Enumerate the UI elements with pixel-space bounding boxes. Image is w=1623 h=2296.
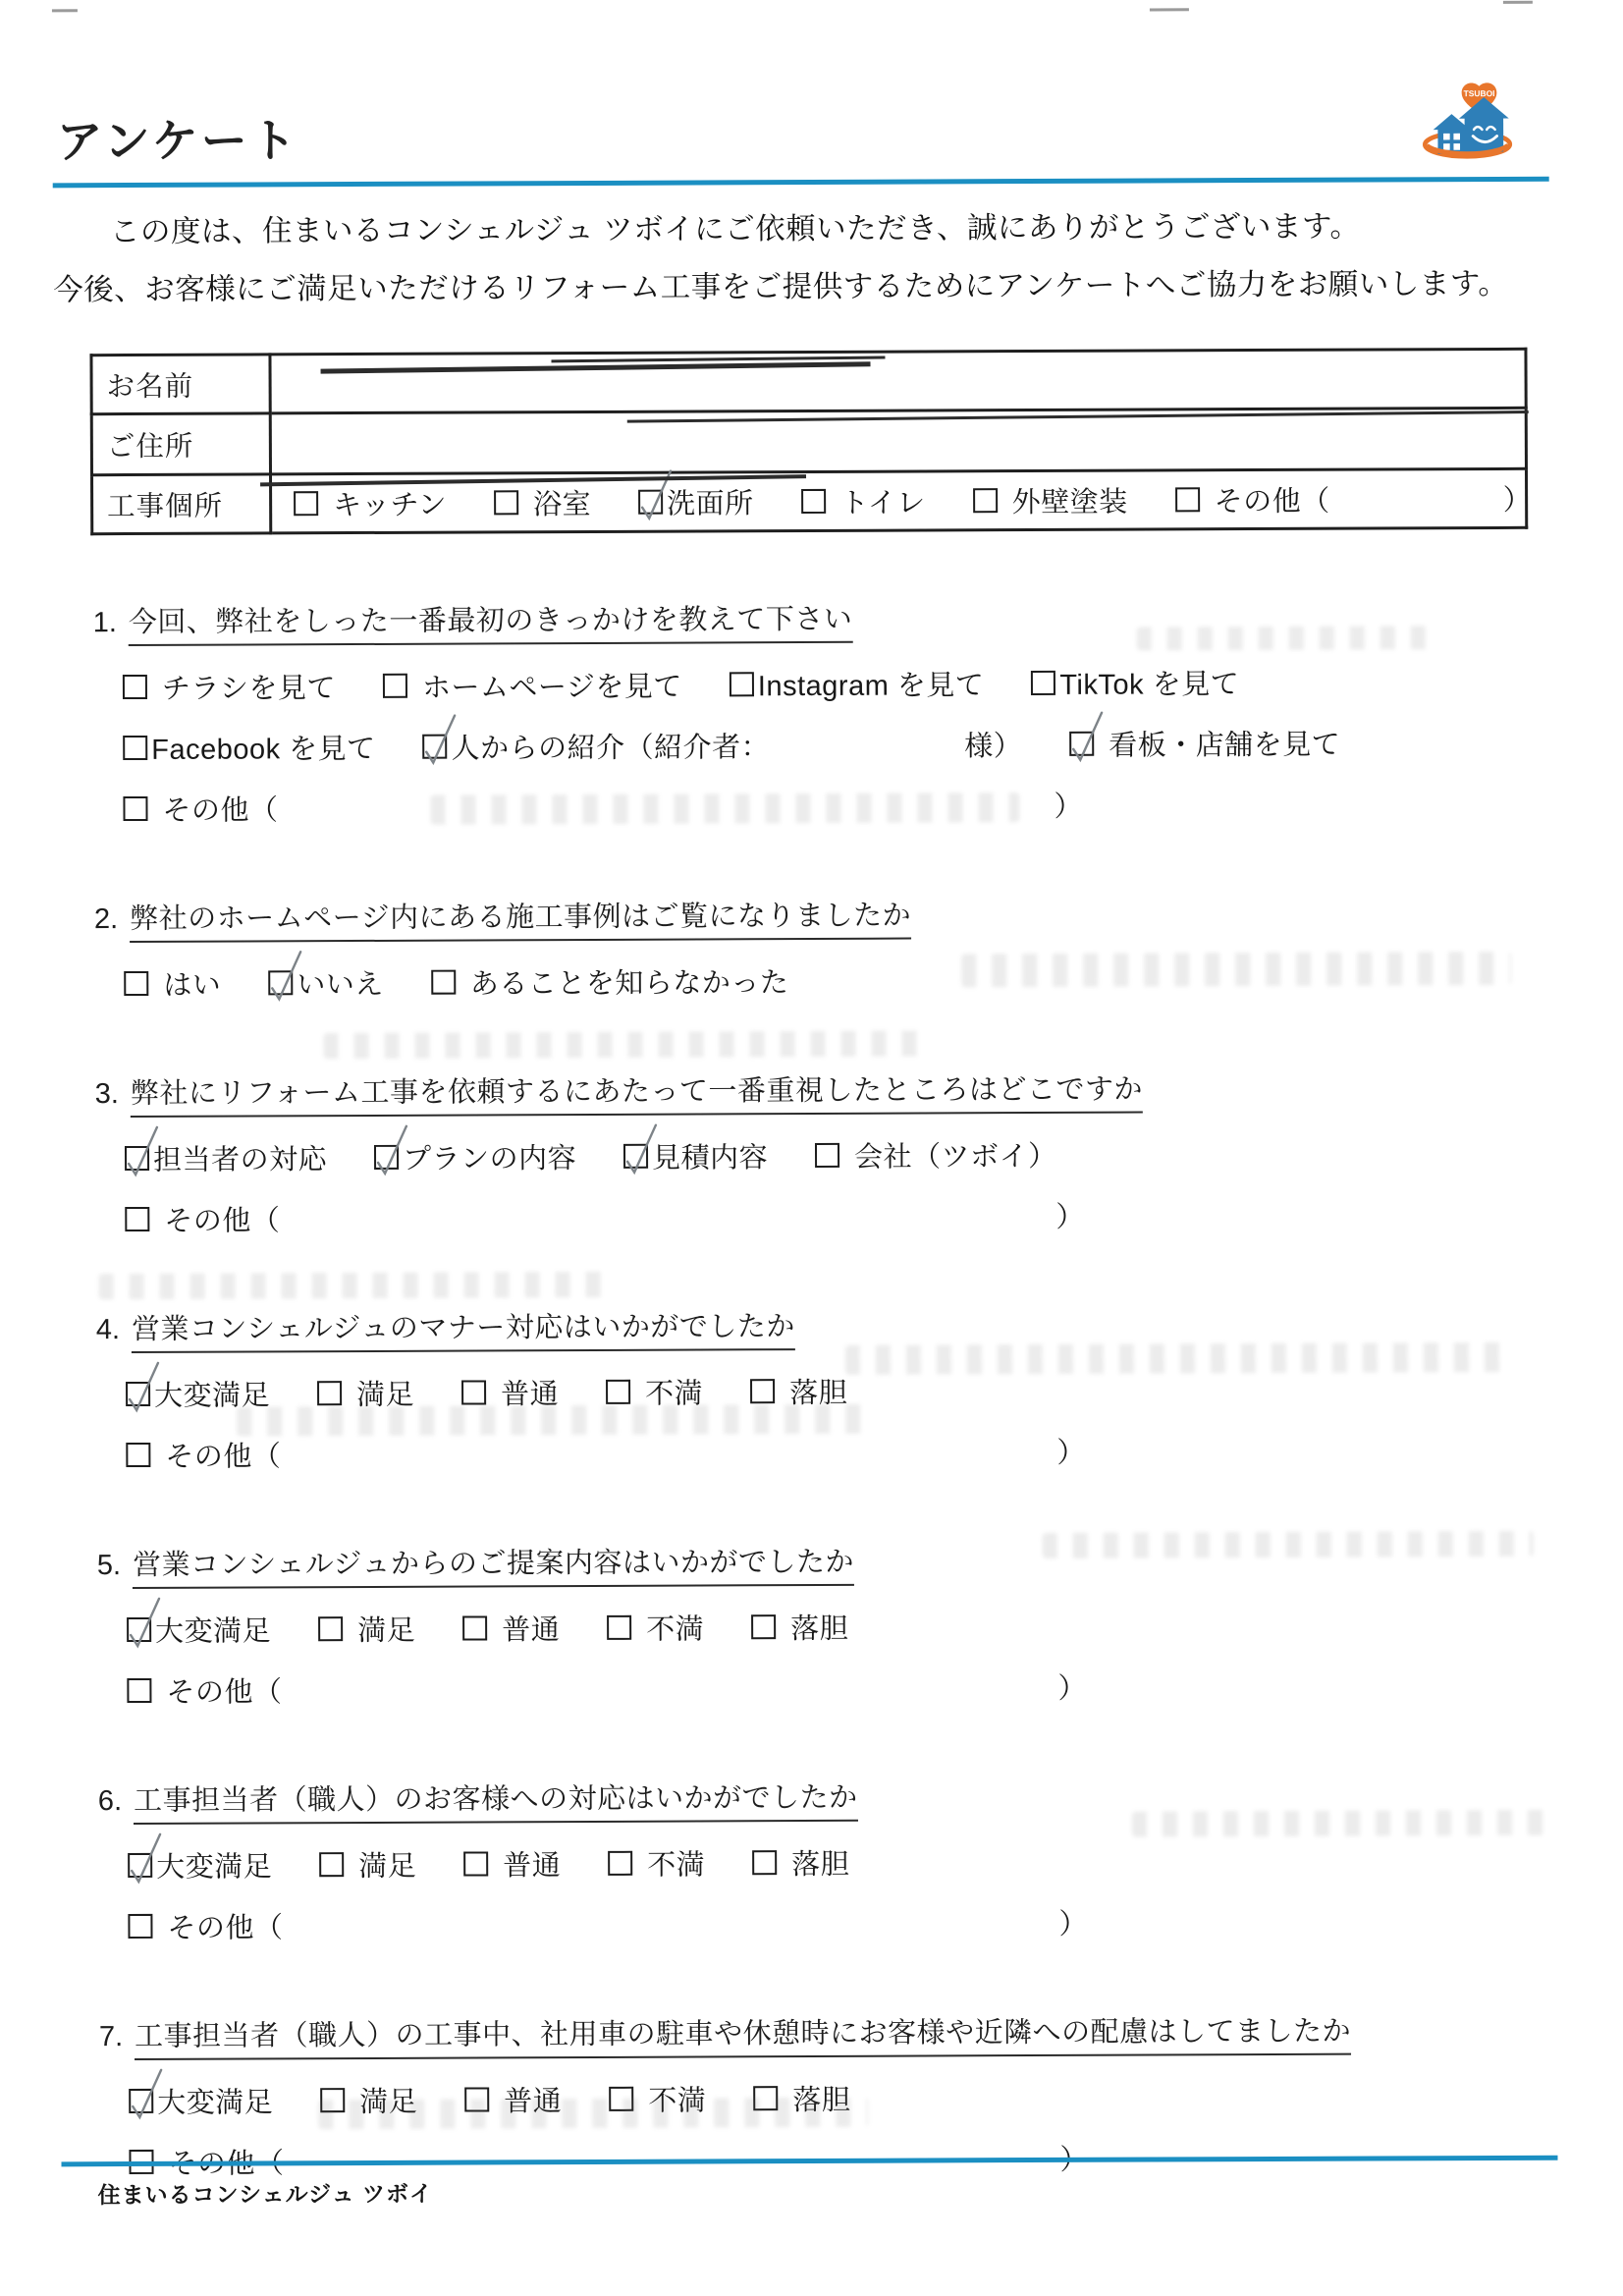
footer-company-name: 住まいるコンシェルジュ ツボイ	[98, 2176, 433, 2210]
checkbox[interactable]	[123, 736, 147, 760]
option-label: 看板・店舗を見て	[1109, 723, 1340, 764]
checkbox-checked[interactable]	[126, 1382, 150, 1406]
checkbox[interactable]	[128, 1914, 152, 1939]
option-普通: 普通	[463, 1843, 561, 1884]
option-洗面所: 洗面所	[638, 481, 754, 522]
checkbox[interactable]	[127, 1678, 151, 1703]
blank-fill-close-paren: 様）	[964, 724, 1022, 764]
option-その他: その他（	[1175, 479, 1330, 520]
option-row: 大変満足満足普通不満落胆	[127, 1603, 1623, 1650]
intro-line-2: 今後、お客様にご満足いただけるリフォーム工事をご提供するためにアンケートへご協力…	[53, 259, 1590, 309]
question-title: 弊社のホームページ内にある施工事例はご覧になりましたか	[130, 894, 911, 943]
scan-speck	[1503, 1, 1533, 4]
option-label: その他（	[165, 1434, 281, 1475]
checkbox[interactable]	[126, 1443, 150, 1467]
checkbox-checked[interactable]	[423, 735, 448, 759]
name-label: お名前	[91, 355, 270, 414]
checkbox[interactable]	[463, 1851, 488, 1876]
bleed-through-artifact	[318, 2098, 868, 2129]
intro-line-1: この度は、住まいるコンシェルジュ ツボイにご依頼いただき、誠にありがとうございま…	[110, 201, 1560, 250]
question-title: 弊社にリフォーム工事を依頼するにあたって一番重視したところはどこですか	[131, 1067, 1143, 1118]
checkbox[interactable]	[123, 675, 147, 699]
checkbox-checked[interactable]	[638, 490, 663, 515]
checkbox[interactable]	[752, 1850, 777, 1875]
option-Instagram を見て: Instagram を見て	[730, 663, 985, 704]
checkbox-checked[interactable]	[268, 970, 293, 995]
checkbox[interactable]	[606, 1380, 630, 1404]
option-いいえ: いいえ	[268, 962, 384, 1004]
option-あることを知らなかった: あることを知らなかった	[431, 960, 789, 1003]
scanned-survey-page: TSUBOI アンケート この度は、住まいるコンシェルジュ ツボイにご依頼いただ…	[0, 0, 1623, 2296]
page-title: アンケート	[56, 98, 1618, 171]
handwritten-check-icon	[1065, 706, 1109, 767]
question-number: 1.	[93, 607, 117, 639]
option-不満: 不満	[607, 1607, 704, 1647]
question-6: 6.工事担当者（職人）のお客様への対応はいかがでしたか大変満足満足普通不満落胆そ…	[98, 1772, 1623, 1946]
tsuboi-logo: TSUBOI	[1421, 76, 1513, 166]
checkbox[interactable]	[730, 672, 754, 696]
checkbox-checked[interactable]	[1069, 732, 1094, 756]
bleed-through-artifact	[237, 1404, 865, 1437]
checkbox[interactable]	[123, 796, 147, 821]
checkbox[interactable]	[1031, 671, 1055, 695]
question-number: 5.	[97, 1550, 121, 1582]
title-underline	[53, 177, 1549, 189]
name-value-cell[interactable]	[270, 349, 1526, 413]
scan-speck	[1150, 8, 1189, 11]
option-大変満足: 大変満足	[127, 1609, 271, 1650]
address-label: ご住所	[91, 413, 270, 475]
question-title: 今回、弊社をしった一番最初のきっかけを教えて下さい	[129, 597, 853, 646]
question-4: 4.営業コンシェルジュのマナー対応はいかがでしたか大変満足満足普通不満落胆その他…	[96, 1300, 1623, 1475]
question-3: 3.弊社にリフォーム工事を依頼するにあたって一番重視したところはどこですか担当者…	[95, 1065, 1623, 1239]
option-label: その他（	[162, 788, 278, 829]
checkbox[interactable]	[607, 1615, 631, 1640]
option-落胆: 落胆	[751, 1607, 848, 1647]
customer-info-table: お名前 ご住所 工事個所 キッチン浴室洗面所トイレ外壁塗装その他（）	[89, 348, 1528, 535]
checkbox-checked[interactable]	[129, 2089, 153, 2113]
checkbox[interactable]	[462, 1615, 487, 1640]
question-title: 工事担当者（職人）のお客様への対応はいかがでしたか	[134, 1776, 858, 1825]
question-title: 営業コンシェルジュのマナー対応はいかがでしたか	[132, 1304, 795, 1353]
option-label: プランの内容	[403, 1136, 576, 1177]
bleed-through-artifact	[845, 1342, 1513, 1375]
question-heading: 2.弊社のホームページ内にある施工事例はご覧になりましたか	[94, 890, 1622, 943]
option-その他: その他（	[128, 1905, 283, 1946]
question-number: 3.	[95, 1078, 119, 1111]
option-row: その他（）	[127, 1664, 1623, 1711]
option-label: 大変満足	[157, 2080, 273, 2121]
blank-fill-close-paren: ）	[1058, 1902, 1088, 1942]
option-label: 大変満足	[155, 1609, 271, 1650]
option-Facebook を見て: Facebook を見て	[123, 727, 376, 768]
option-その他: その他（	[125, 1198, 280, 1239]
bleed-through-artifact	[1132, 1810, 1544, 1837]
option-label: 不満	[647, 1842, 705, 1883]
question-title: 工事担当者（職人）の工事中、社用車の駐車や休憩時にお客様や近隣への配慮はしてまし…	[135, 2009, 1351, 2060]
option-label: その他（	[1215, 479, 1330, 520]
option-label: その他（	[166, 1669, 282, 1711]
questions-list: 1.今回、弊社をしった一番最初のきっかけを教えて下さいチラシを見てホームページを…	[93, 593, 1623, 2182]
blank-fill-close-paren: ）	[1055, 1195, 1085, 1235]
option-label: 落胆	[791, 1842, 849, 1883]
option-チラシを見て: チラシを見て	[123, 666, 336, 707]
checkbox[interactable]	[1175, 487, 1200, 512]
option-row: チラシを見てホームページを見てInstagram を見てTikTok を見て	[123, 660, 1621, 707]
option-label: チラシを見て	[162, 666, 336, 707]
option-label: トイレ	[840, 480, 926, 520]
option-label: 見積内容	[652, 1135, 768, 1176]
option-label: その他（	[164, 1198, 280, 1239]
option-その他: その他（	[127, 1669, 282, 1711]
option-人からの紹介紹介者: 人からの紹介（紹介者：	[423, 725, 771, 767]
option-大変満足: 大変満足	[128, 1844, 272, 1886]
question-title: 営業コンシェルジュからのご提案内容はいかがでしたか	[133, 1540, 854, 1589]
option-満足: 満足	[318, 1609, 415, 1649]
checkbox[interactable]	[317, 1381, 342, 1405]
blank-fill-close-paren: ）	[1056, 1431, 1086, 1471]
option-label: その他（	[167, 1905, 283, 1946]
option-落胆: 落胆	[752, 1842, 849, 1883]
option-担当者の対応: 担当者の対応	[125, 1137, 327, 1178]
work-location-label: 工事個所	[92, 474, 271, 534]
option-大変満足: 大変満足	[129, 2080, 273, 2121]
option-その他: その他（	[126, 1434, 281, 1475]
checkbox[interactable]	[973, 488, 998, 513]
question-number: 2.	[94, 903, 118, 936]
checkbox[interactable]	[608, 1851, 632, 1876]
question-number: 4.	[96, 1314, 120, 1346]
big-house-body	[1465, 118, 1504, 152]
option-label: 浴室	[533, 482, 591, 522]
checkbox-checked[interactable]	[128, 1853, 152, 1878]
checkbox[interactable]	[431, 970, 456, 995]
checkbox-checked[interactable]	[127, 1617, 151, 1642]
checkbox-checked[interactable]	[374, 1145, 399, 1170]
option-label: 普通	[502, 1608, 560, 1648]
option-row: Facebook を見て人からの紹介（紹介者：様）看板・店舗を見て	[123, 721, 1621, 768]
checkbox[interactable]	[125, 1207, 149, 1231]
checkbox[interactable]	[383, 674, 407, 698]
option-row: 大変満足満足普通不満落胆	[128, 1838, 1623, 1886]
option-label: 会社（ツボイ）	[854, 1134, 1057, 1175]
question-2: 2.弊社のホームページ内にある施工事例はご覧になりましたかはいいいえあることを知…	[94, 890, 1622, 1004]
option-row: その他（）	[128, 1899, 1623, 1946]
option-row: その他（）	[125, 1192, 1623, 1239]
checkbox[interactable]	[751, 1614, 776, 1639]
option-label: 洗面所	[667, 481, 754, 521]
option-見積内容: 見積内容	[623, 1135, 768, 1176]
option-会社ツボイ: 会社（ツボイ）	[815, 1134, 1057, 1175]
checkbox[interactable]	[294, 491, 318, 516]
option-浴室: 浴室	[494, 482, 591, 522]
blank-fill-close-paren: ）	[1057, 1667, 1087, 1707]
checkbox[interactable]	[494, 490, 518, 515]
question-number: 6.	[98, 1785, 122, 1818]
logo-brand-text: TSUBOI	[1464, 88, 1495, 98]
option-label: 不満	[646, 1607, 704, 1647]
option-不満: 不満	[608, 1842, 705, 1883]
option-外壁塗装: 外壁塗装	[973, 480, 1128, 521]
bleed-through-artifact	[323, 1030, 932, 1059]
option-キッチン: キッチン	[294, 483, 447, 524]
option-看板・店舗を見て: 看板・店舗を見て	[1069, 723, 1340, 764]
question-5: 5.営業コンシェルジュからのご提案内容はいかがでしたか大変満足満足普通不満落胆そ…	[97, 1536, 1623, 1711]
bleed-through-artifact	[430, 793, 1019, 825]
checkbox-checked[interactable]	[623, 1144, 648, 1169]
bleed-through-artifact	[1137, 626, 1432, 650]
question-number: 7.	[99, 2021, 123, 2053]
option-label: Instagram を見て	[758, 663, 985, 704]
checkbox[interactable]	[815, 1143, 839, 1168]
option-label: 落胆	[790, 1607, 848, 1647]
checkbox[interactable]	[124, 971, 148, 996]
option-label: あることを知らなかった	[470, 960, 789, 1002]
option-label: 担当者の対応	[153, 1137, 327, 1178]
option-TikTok を見て: TikTok を見て	[1031, 662, 1239, 703]
checkbox[interactable]	[750, 1379, 775, 1403]
option-label: 大変満足	[156, 1844, 272, 1886]
option-満足: 満足	[319, 1844, 416, 1885]
option-普通: 普通	[462, 1608, 560, 1648]
work-location-options: キッチン浴室洗面所トイレ外壁塗装その他（）	[294, 478, 1524, 523]
option-label: いいえ	[297, 962, 384, 1003]
question-heading: 3.弊社にリフォーム工事を依頼するにあたって一番重視したところはどこですか	[95, 1065, 1623, 1118]
checkbox[interactable]	[801, 489, 826, 514]
option-row: 担当者の対応プランの内容見積内容会社（ツボイ）	[125, 1131, 1623, 1178]
option-はい: はい	[124, 963, 221, 1004]
option-label: 満足	[358, 1844, 416, 1885]
blank-fill-close-paren: ）	[1503, 478, 1533, 519]
bleed-through-artifact	[1043, 1531, 1534, 1558]
option-label: TikTok を見て	[1059, 662, 1239, 703]
option-label: はい	[163, 963, 221, 1004]
checkbox[interactable]	[461, 1380, 486, 1404]
blank-fill-close-paren: ）	[1054, 785, 1083, 825]
option-label: 普通	[503, 1843, 561, 1884]
option-その他: その他（	[123, 788, 278, 829]
option-プランの内容: プランの内容	[374, 1136, 576, 1177]
option-label: Facebook を見て	[151, 727, 376, 768]
option-label: ホームページを見て	[422, 665, 682, 706]
option-label: キッチン	[333, 483, 447, 524]
option-トイレ: トイレ	[801, 480, 926, 521]
scan-speck	[52, 9, 78, 12]
bleed-through-artifact	[961, 952, 1511, 987]
checkbox[interactable]	[319, 1852, 344, 1877]
option-ホームページを見て: ホームページを見て	[383, 665, 682, 706]
bleed-through-artifact	[99, 1272, 610, 1299]
option-label: 外壁塗装	[1012, 480, 1128, 521]
option-label: 満足	[357, 1609, 415, 1649]
checkbox[interactable]	[318, 1616, 343, 1641]
option-label: 人からの紹介（紹介者：	[452, 725, 771, 766]
question-heading: 7.工事担当者（職人）の工事中、社用車の駐車や休憩時にお客様や近隣への配慮はして…	[99, 2007, 1623, 2060]
checkbox-checked[interactable]	[125, 1146, 149, 1171]
